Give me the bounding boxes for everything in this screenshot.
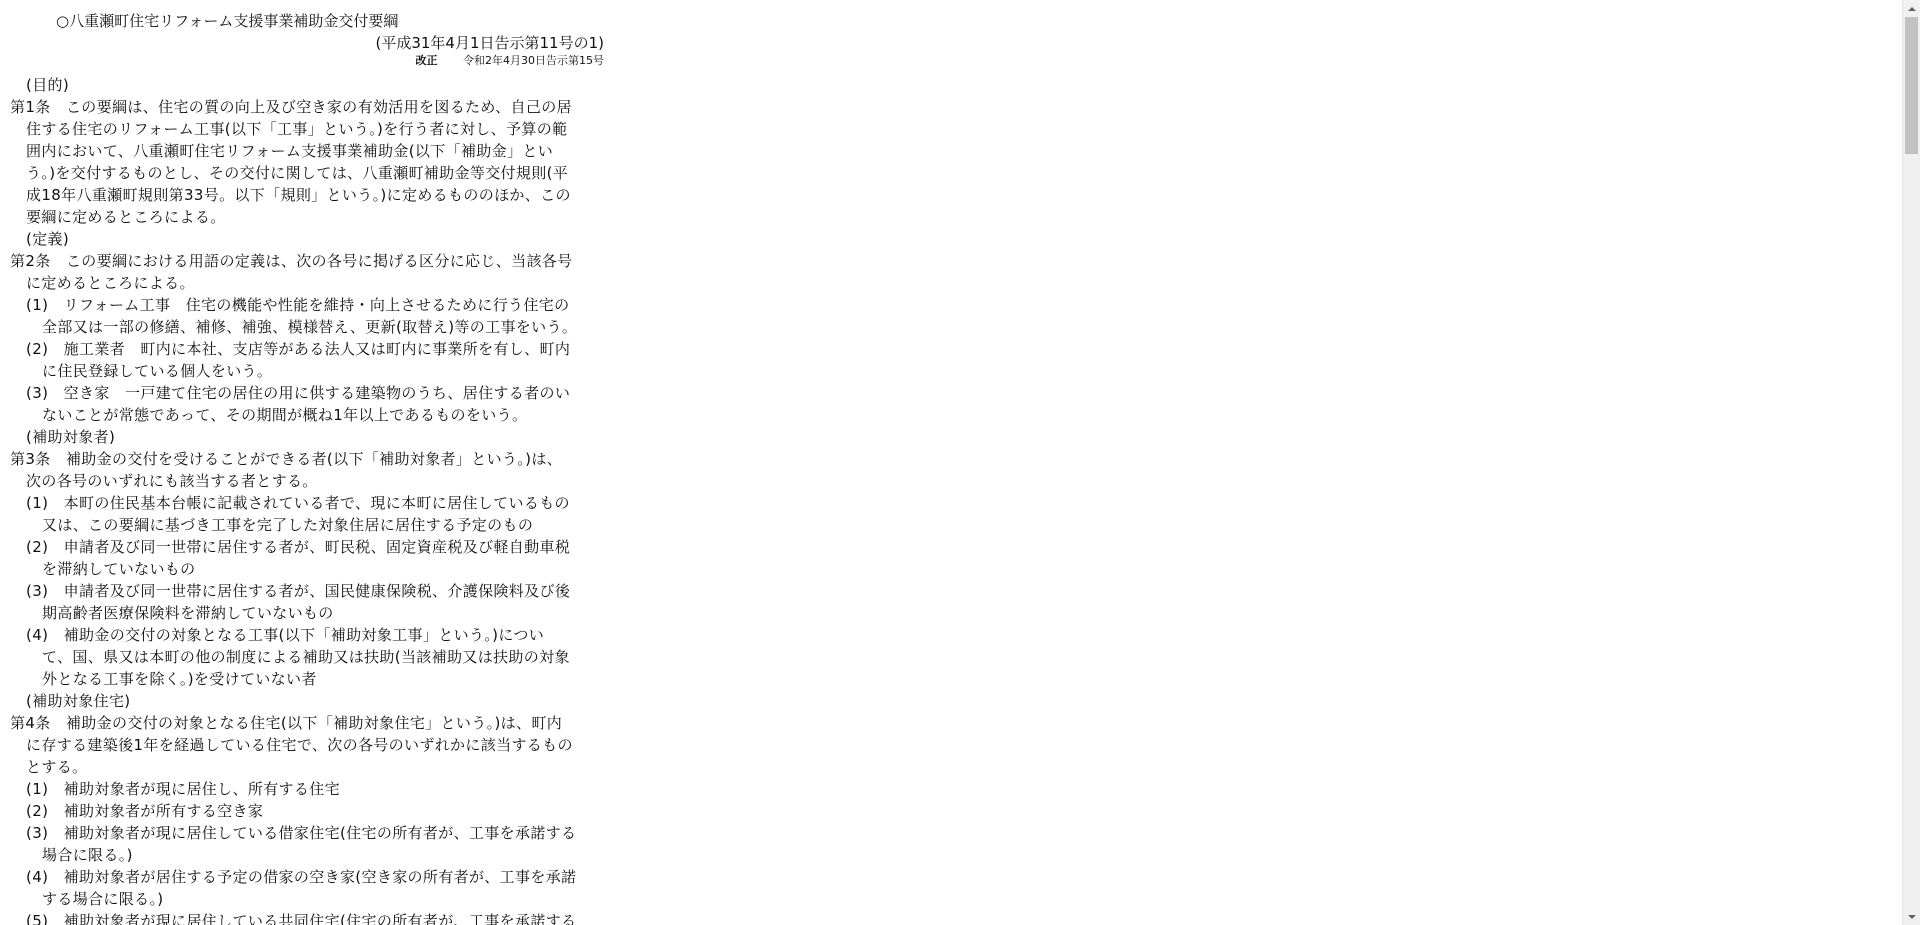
text-line: (3) 申請者及び同一世帯に居住する者が、国民健康保険税、介護保険料及び後 [10,580,604,602]
enactment-reference: (平成31年4月1日告示第11号の1) [10,32,604,54]
text-line: を滞納していないもの [10,558,604,580]
text-line: (2) 申請者及び同一世帯に居住する者が、町民税、固定資産税及び軽自動車税 [10,536,604,558]
text-line: (5) 補助対象者が現に居住している共同住宅(住宅の所有者が、工事を承諾する [10,910,604,925]
text-line: 又は、この要綱に基づき工事を完了した対象住居に居住する予定のもの [10,514,604,536]
vertical-scrollbar[interactable] [1902,0,1920,925]
amendment-text: 令和2年4月30日告示第15号 [463,54,604,67]
article-heading: (定義) [10,228,604,250]
text-line: (1) 本町の住民基本台帳に記載されている者で、現に本町に居住しているもの [10,492,604,514]
text-line: する場合に限る。) [10,888,604,910]
text-line: 第3条 補助金の交付を受けることができる者(以下「補助対象者」という。)は、 [10,448,604,470]
text-line: 住する住宅のリフォーム工事(以下「工事」という。)を行う者に対し、予算の範 [10,118,604,140]
text-line: 次の各号のいずれにも該当する者とする。 [10,470,604,492]
amendment-label: 改正 [416,54,438,67]
text-line: (1) リフォーム工事 住宅の機能や性能を維持・向上させるために行う住宅の [10,294,604,316]
scroll-down-button[interactable] [1903,908,1920,925]
amendment-note: 改正 令和2年4月30日告示第15号 [10,54,604,68]
text-line: に住民登録している個人をいう。 [10,360,604,382]
text-line: とする。 [10,756,604,778]
text-line: 場合に限る。) [10,844,604,866]
text-line: う。)を交付するものとし、その交付に関しては、八重瀬町補助金等交付規則(平 [10,162,604,184]
article-heading: (目的) [10,74,604,96]
text-line: (4) 補助金の交付の対象となる工事(以下「補助対象工事」という。)につい [10,624,604,646]
triangle-up-icon [1908,7,1916,11]
text-line: 全部又は一部の修繕、補修、補強、模様替え、更新(取替え)等の工事をいう。 [10,316,604,338]
text-line: (4) 補助対象者が居住する予定の借家の空き家(空き家の所有者が、工事を承諾 [10,866,604,888]
text-line: ないことが常態であって、その期間が概ね1年以上であるものをいう。 [10,404,604,426]
document-title: ○八重瀬町住宅リフォーム支援事業補助金交付要綱 [10,10,604,32]
article-heading: (補助対象住宅) [10,690,604,712]
text-line: (2) 施工業者 町内に本社、支店等がある法人又は町内に事業所を有し、町内 [10,338,604,360]
text-line: 成18年八重瀬町規則第33号。以下「規則」という。)に定めるもののほか、この [10,184,604,206]
text-line: (3) 補助対象者が現に居住している借家住宅(住宅の所有者が、工事を承諾する [10,822,604,844]
text-line: 第4条 補助金の交付の対象となる住宅(以下「補助対象住宅」という。)は、町内 [10,712,604,734]
text-line: 第1条 この要綱は、住宅の質の向上及び空き家の有効活用を図るため、自己の居 [10,96,604,118]
text-line: 囲内において、八重瀬町住宅リフォーム支援事業補助金(以下「補助金」とい [10,140,604,162]
article-heading: (補助対象者) [10,426,604,448]
document-body: (目的)第1条 この要綱は、住宅の質の向上及び空き家の有効活用を図るため、自己の… [10,74,604,925]
text-line: (2) 補助対象者が所有する空き家 [10,800,604,822]
scroll-up-button[interactable] [1903,0,1920,17]
text-line: 期高齢者医療保険料を滞納していないもの [10,602,604,624]
text-line: に存する建築後1年を経過している住宅で、次の各号のいずれかに該当するもの [10,734,604,756]
document-page: ○八重瀬町住宅リフォーム支援事業補助金交付要綱 (平成31年4月1日告示第11号… [10,10,604,925]
text-line: て、国、県又は本町の他の制度による補助又は扶助(当該補助又は扶助の対象 [10,646,604,668]
text-line: (3) 空き家 一戸建て住宅の居住の用に供する建築物のうち、居住する者のい [10,382,604,404]
text-line: (1) 補助対象者が現に居住し、所有する住宅 [10,778,604,800]
text-line: 要綱に定めるところによる。 [10,206,604,228]
text-line: 第2条 この要綱における用語の定義は、次の各号に掲げる区分に応じ、当該各号 [10,250,604,272]
triangle-down-icon [1908,915,1916,919]
text-line: に定めるところによる。 [10,272,604,294]
text-line: 外となる工事を除く。)を受けていない者 [10,668,604,690]
scroll-thumb[interactable] [1905,17,1918,154]
